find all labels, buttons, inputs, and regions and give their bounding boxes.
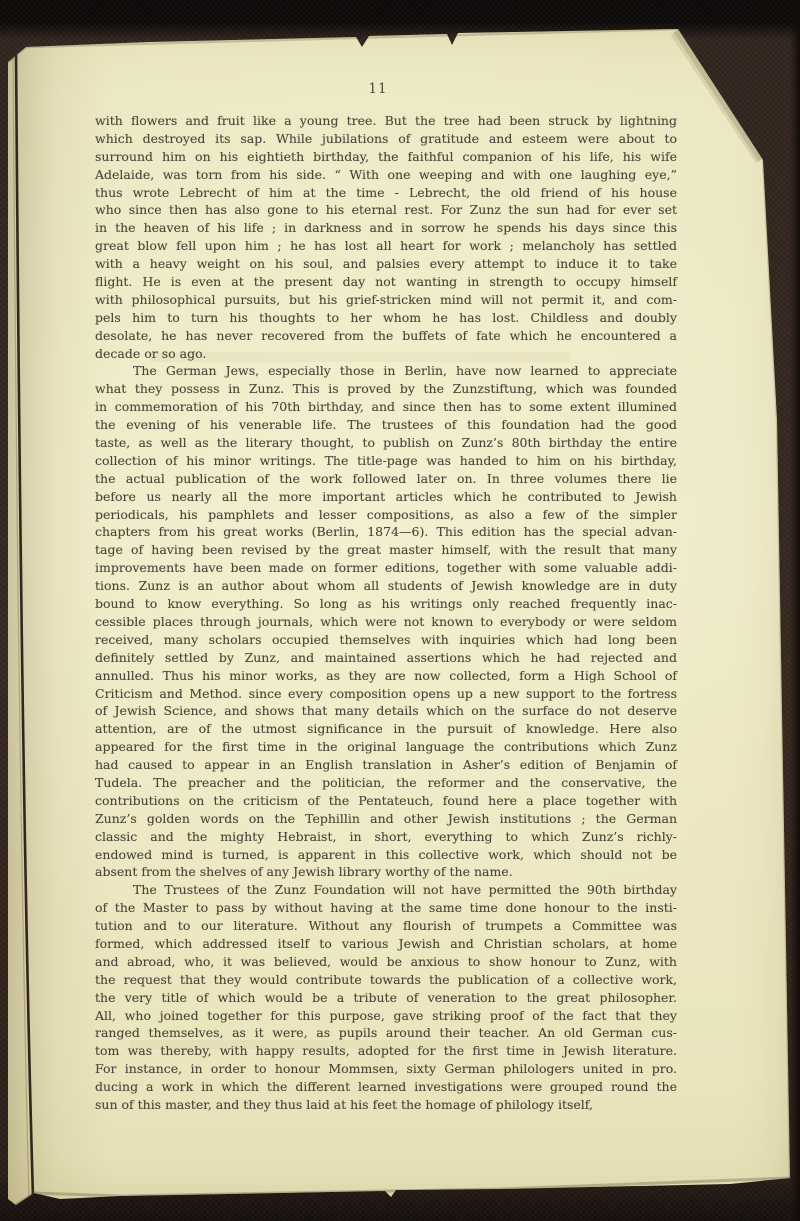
text-line: who since then has also gone to his eter…: [95, 201, 677, 219]
text-line: desolate, he has never recovered from th…: [95, 327, 677, 345]
text-line: surround him on his eightieth birthday, …: [95, 148, 677, 166]
text-line: decade or so ago.: [95, 345, 677, 363]
text-line: The Trustees of the Zunz Foundation will…: [95, 881, 677, 899]
text-line: bound to know everything. So long as his…: [95, 595, 677, 613]
text-line: endowed mind is turned, is apparent in t…: [95, 846, 677, 864]
text-line: taste, as well as the literary thought, …: [95, 434, 677, 452]
text-line: which destroyed its sap. While jubilatio…: [95, 130, 677, 148]
text-line: thus wrote Lebrecht of him at the time -…: [95, 184, 677, 202]
text-line: with a heavy weight on his soul, and pal…: [95, 255, 677, 273]
text-line: definitely settled by Zunz, and maintain…: [95, 649, 677, 667]
text-line: All, who joined together for this purpos…: [95, 1007, 677, 1025]
text-line: Criticism and Method. since every compos…: [95, 685, 677, 703]
page-number: 11: [95, 81, 661, 97]
text-line: Zunz’s golden words on the Tephillin and…: [95, 810, 677, 828]
text-line: improvements have been made on former ed…: [95, 559, 677, 577]
text-line: absent from the shelves of any Jewish li…: [95, 863, 677, 881]
background-right-shadow: [790, 0, 800, 1221]
text-line: received, many scholars occupied themsel…: [95, 631, 677, 649]
text-line: with flowers and fruit like a young tree…: [95, 112, 677, 130]
text-line: ducing a work in which the different lea…: [95, 1078, 677, 1096]
text-line: flight. He is even at the present day no…: [95, 273, 677, 291]
text-line: tions. Zunz is an author about whom all …: [95, 577, 677, 595]
text-line: collection of his minor writings. The ti…: [95, 452, 677, 470]
page-content: 11 with flowers and fruit like a young t…: [0, 0, 800, 1221]
text-line: great blow fell upon him ; he has lost a…: [95, 237, 677, 255]
text-line: the actual publication of the work follo…: [95, 470, 677, 488]
book-page: 11 with flowers and fruit like a young t…: [0, 0, 800, 1221]
text-line: The German Jews, especially those in Ber…: [95, 362, 677, 380]
text-line: pels him to turn his thoughts to her who…: [95, 309, 677, 327]
text-line: chapters from his great works (Berlin, 1…: [95, 523, 677, 541]
text-line: formed, which addressed itself to variou…: [95, 935, 677, 953]
text-line: what they possess in Zunz. This is prove…: [95, 380, 677, 398]
text-line: annulled. Thus his minor works, as they …: [95, 667, 677, 685]
text-line: appeared for the first time in the origi…: [95, 738, 677, 756]
text-line: contributions on the criticism of the Pe…: [95, 792, 677, 810]
text-line: ranged themselves, as it were, as pupils…: [95, 1024, 677, 1042]
text-line: of the Master to pass by without having …: [95, 899, 677, 917]
text-line: tom was thereby, with happy results, ado…: [95, 1042, 677, 1060]
text-line: in the heaven of his life ; in darkness …: [95, 219, 677, 237]
text-line: and abroad, who, it was believed, would …: [95, 953, 677, 971]
text-line: the request that they would contribute t…: [95, 971, 677, 989]
text-line: sun of this master, and they thus laid a…: [95, 1096, 677, 1114]
text-line: For instance, in order to honour Mommsen…: [95, 1060, 677, 1078]
text-line: tage of having been revised by the great…: [95, 541, 677, 559]
text-line: had caused to appear in an English trans…: [95, 756, 677, 774]
text-line: attention, are of the utmost significanc…: [95, 720, 677, 738]
text-line: Adelaide, was torn from his side. “ With…: [95, 166, 677, 184]
text-line: of Jewish Science, and shows that many d…: [95, 702, 677, 720]
text-line: in commemoration of his 70th birthday, a…: [95, 398, 677, 416]
text-block: with flowers and fruit like a young tree…: [95, 112, 677, 1114]
text-line: the evening of his venerable life. The t…: [95, 416, 677, 434]
text-line: with philosophical pursuits, but his gri…: [95, 291, 677, 309]
text-line: the very title of which would be a tribu…: [95, 989, 677, 1007]
text-line: periodicals, his pamphlets and lesser co…: [95, 506, 677, 524]
text-line: tution and to our literature. Without an…: [95, 917, 677, 935]
text-line: before us nearly all the more important …: [95, 488, 677, 506]
text-line: Tudela. The preacher and the politician,…: [95, 774, 677, 792]
text-line: classic and the mighty Hebraist, in shor…: [95, 828, 677, 846]
text-line: cessible places through journals, which …: [95, 613, 677, 631]
